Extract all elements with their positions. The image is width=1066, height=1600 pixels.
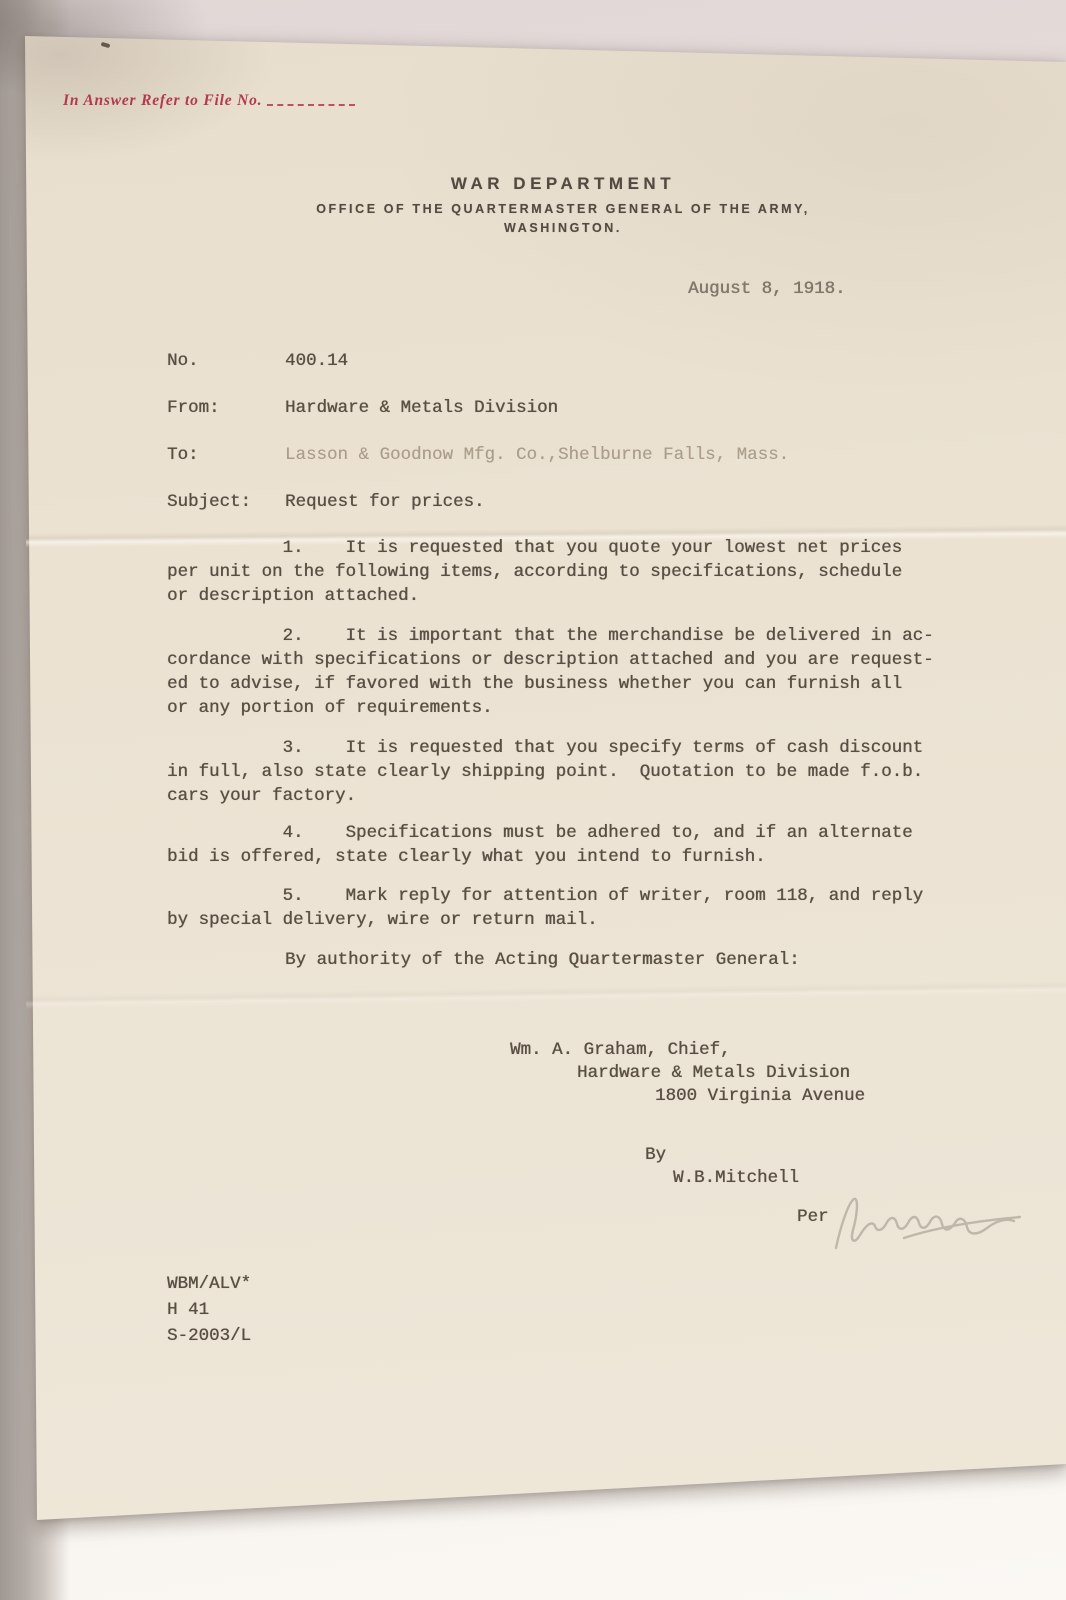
reference-initials: WBM/ALV*: [167, 1272, 251, 1296]
letterhead-office: OFFICE OF THE QUARTERMASTER GENERAL OF T…: [140, 202, 986, 216]
signer-division: Hardware & Metals Division: [577, 1061, 850, 1085]
letter-date: August 8, 1918.: [688, 277, 846, 301]
letterhead-department: WAR DEPARTMENT: [140, 174, 986, 194]
body-paragraph-3: 3. It is requested that you specify term…: [167, 736, 923, 808]
to-label: To:: [167, 443, 285, 467]
body-paragraph-2: 2. It is important that the merchandise …: [167, 624, 934, 720]
file-number-blank: [267, 104, 355, 106]
reference-code-s: S-2003/L: [167, 1324, 251, 1348]
authority-line: By authority of the Acting Quartermaster…: [285, 948, 800, 972]
body-paragraph-5: 5. Mark reply for attention of writer, r…: [167, 884, 923, 932]
field-subject: Subject:Request for prices.: [167, 490, 987, 514]
file-number-label: In Answer Refer to File No.: [63, 92, 262, 109]
signer-address: 1800 Virginia Avenue: [655, 1084, 865, 1108]
from-value: Hardware & Metals Division: [285, 398, 558, 418]
from-label: From:: [167, 396, 285, 420]
field-to: To:Lasson & Goodnow Mfg. Co.,Shelburne F…: [167, 443, 987, 467]
letterhead-city: WASHINGTON.: [140, 221, 986, 235]
number-label: No.: [167, 349, 285, 373]
body-paragraph-1: 1. It is requested that you quote your l…: [167, 536, 902, 608]
signer-name: Wm. A. Graham, Chief,: [510, 1038, 731, 1062]
handwritten-signature: [808, 1178, 1066, 1263]
field-number: No.400.14: [167, 349, 987, 373]
subject-value: Request for prices.: [285, 492, 485, 512]
field-from: From:Hardware & Metals Division: [167, 396, 987, 420]
by-label: By: [645, 1143, 666, 1167]
by-name: W.B.Mitchell: [673, 1166, 799, 1190]
number-value: 400.14: [285, 351, 348, 371]
reference-code-h: H 41: [167, 1298, 209, 1322]
to-value: Lasson & Goodnow Mfg. Co.,Shelburne Fall…: [285, 445, 789, 465]
photo-of-letter: In Answer Refer to File No. WAR DEPARTME…: [0, 0, 1066, 1600]
body-paragraph-4: 4. Specifications must be adhered to, an…: [167, 821, 913, 869]
file-number-reference-line: In Answer Refer to File No.: [63, 92, 355, 110]
subject-label: Subject:: [167, 490, 285, 514]
